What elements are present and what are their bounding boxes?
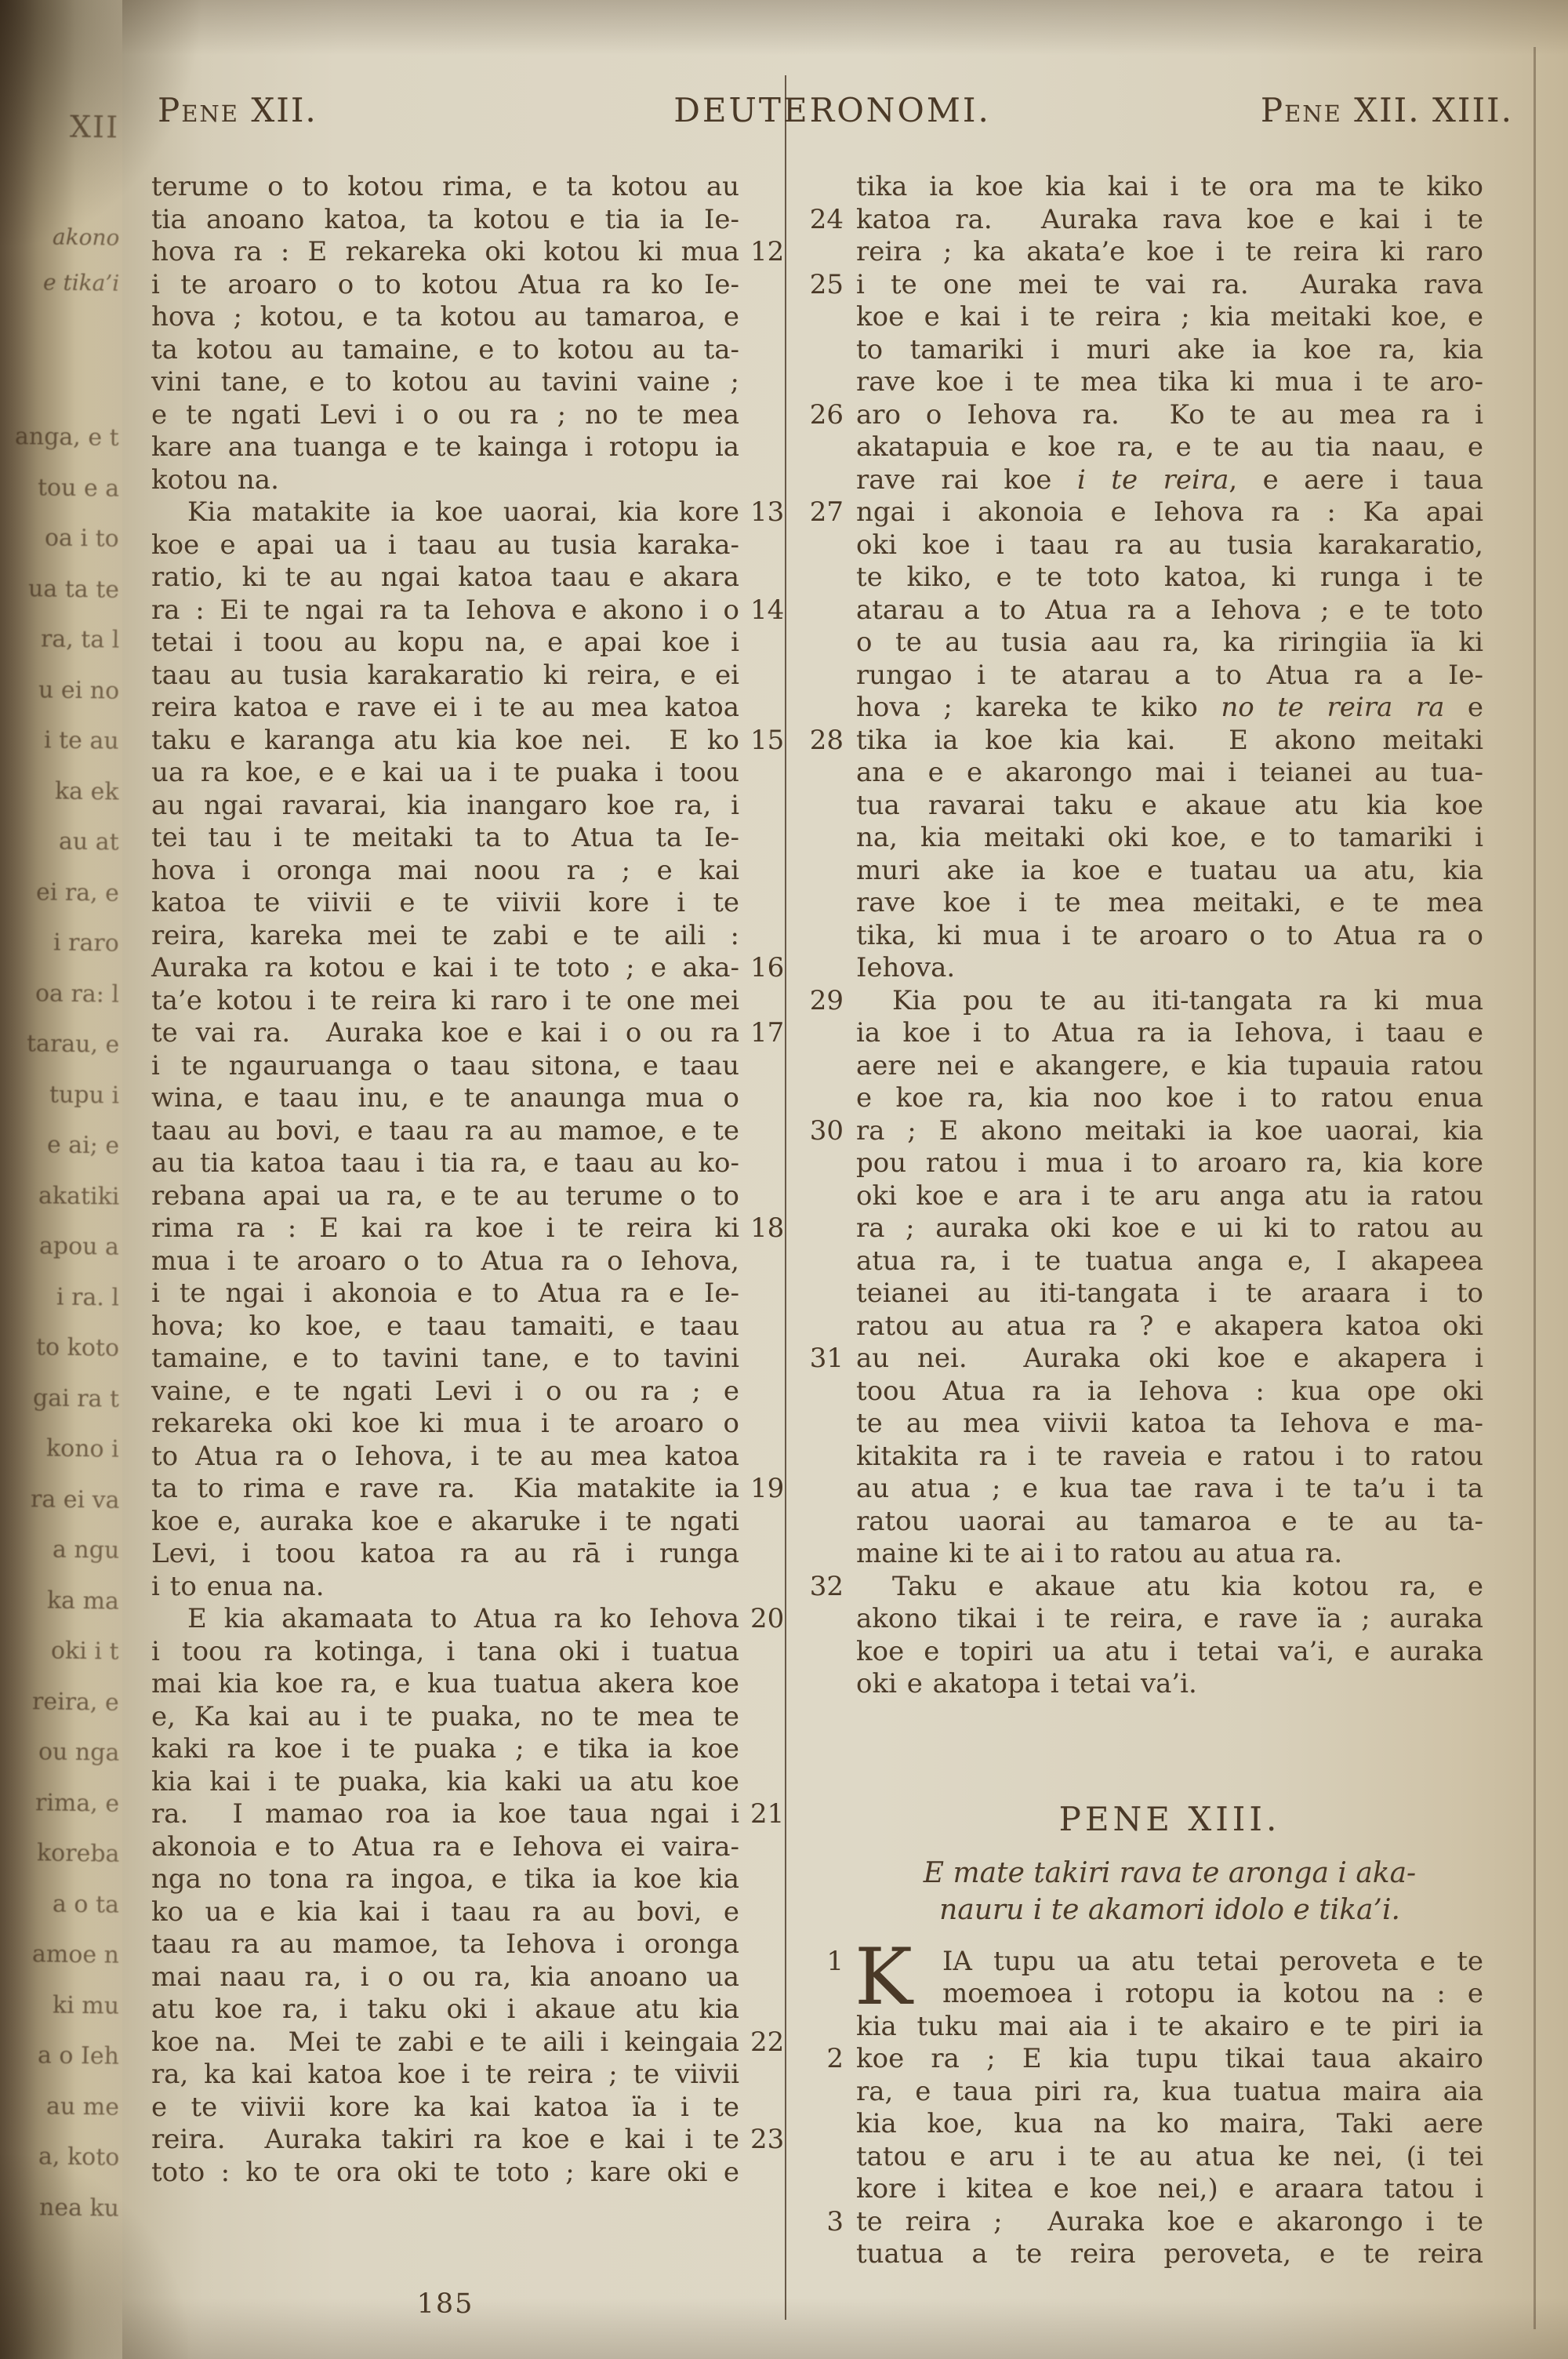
text-line: terume o to kotou rima, e ta kotou au: [151, 171, 739, 204]
verse-number: 15: [750, 725, 784, 758]
text-line: ratio, ki te au ngai katoa taau e akara: [151, 562, 739, 594]
text-line: au nei. Auraka oki koe e akapera i31: [856, 1343, 1483, 1376]
chapter-heading: PENE XIII.: [856, 1800, 1483, 1839]
text-line: rekareka oki koe ki mua i te aroaro o: [151, 1408, 739, 1441]
chapter-intro: E mate takiri rava te aronga i aka-nauru…: [856, 1855, 1483, 1928]
gutter-fragment: i te au: [44, 726, 119, 754]
text-line: oki koe i taau ra au tusia karakaratio,: [856, 529, 1483, 562]
chapter-intro-line: E mate takiri rava te aronga i aka-: [856, 1855, 1483, 1892]
text-line: Iehova.: [856, 952, 1483, 985]
gutter-fragment: reira, e: [32, 1688, 119, 1717]
text-line: mai kia koe ra, e kua tuatua akera koe: [151, 1668, 739, 1701]
text-line: IA tupu ua atu tetai peroveta e te1: [856, 1946, 1483, 1979]
text-line: ra, ka kai katoa koe i te reira ; te vii…: [151, 2059, 739, 2092]
text-line: ko ua e kia kai i taau ra au bovi, e: [151, 1896, 739, 1929]
text-line: au ngai ravarai, kia inangaro koe ra, i: [151, 790, 739, 823]
verse-number: 13: [750, 496, 784, 529]
verse-number: 2: [826, 2043, 844, 2076]
gutter-fragment: anga, e t: [15, 423, 119, 452]
text-line: i te one mei te vai ra. Auraka rava25: [856, 269, 1483, 302]
gutter-fragment: e tika’i: [43, 269, 120, 296]
text-line: taau au tusia karakaratio ki reira, e ei: [151, 660, 739, 692]
verse-number: 30: [810, 1115, 844, 1148]
text-line: ta’e kotou i te reira ki raro i te one m…: [151, 985, 739, 1018]
verse-number: 31: [810, 1343, 844, 1376]
text-line: taku e karanga atu kia koe nei. E ko15: [151, 725, 739, 758]
text-line: i to enua na.: [151, 1571, 739, 1604]
running-header: Pene XII. DEUTERONOMI. Pene XII. XIII.: [151, 91, 1513, 132]
verse-number: 32: [810, 1571, 844, 1604]
text-line: nga no tona ra ingoa, e tika ia koe kia: [151, 1863, 739, 1896]
gutter-fragment: akatiki: [38, 1182, 119, 1210]
left-text-column: terume o to kotou rima, e ta kotou autia…: [151, 171, 739, 2189]
text-line: kia tuku mai aia i te akairo e te piri i…: [856, 2011, 1483, 2044]
gutter-fragment: u ei no: [38, 676, 120, 704]
text-line: reira. Auraka takiri ra koe e kai i te23: [151, 2124, 739, 2157]
gutter-fragment: apou a: [39, 1232, 119, 1260]
gutter-fragment: tarau, e: [26, 1030, 119, 1059]
text-line: Auraka ra kotou e kai i te toto ; e aka-…: [151, 952, 739, 985]
text-line: koe e apai ua i taau au tusia karaka-: [151, 529, 739, 562]
text-line: kia kai i te puaka, kia kaki ua atu koe: [151, 1766, 739, 1799]
gutter-fragment: gai ra t: [33, 1384, 120, 1413]
chapter-intro-line: nauru i te akamori idolo e tika’i.: [856, 1892, 1483, 1928]
verse-number: 29: [810, 985, 844, 1018]
text-line: kaki ra koe i te puaka ; e tika ia koe: [151, 1733, 739, 1766]
text-line: ana e e akarongo mai i teianei au tua-: [856, 757, 1483, 790]
text-line: i toou ra kotinga, i tana oki i tuatua: [151, 1636, 739, 1669]
page-edge-line: [1534, 47, 1536, 2329]
text-line: maine ki te ai i to ratou au atua ra.: [856, 1538, 1483, 1571]
text-line: ra ; E akono meitaki ia koe uaorai, kia3…: [856, 1115, 1483, 1148]
text-line: mai naau ra, i o ou ra, kia anoano ua: [151, 1961, 739, 1994]
text-line: tika ia koe kia kai i te ora ma te kiko: [856, 171, 1483, 204]
text-line: vini tane, e to kotou au tavini vaine ;: [151, 366, 739, 399]
text-line: teianei au iti-tangata i te araara i to: [856, 1278, 1483, 1310]
text-line: mua i te aroaro o to Atua ra o Iehova,: [151, 1245, 739, 1278]
text-line: koe e kai i te reira ; kia meitaki koe, …: [856, 301, 1483, 334]
text-line: koe e topiri ua atu i tetai va’i, e aura…: [856, 1636, 1483, 1669]
text-line: oki e akatopa i tetai va’i.: [856, 1668, 1483, 1701]
text-line: ratou uaorai au tamaroa e te au ta-: [856, 1506, 1483, 1539]
verse-number: 21: [750, 1798, 784, 1831]
text-line: reira katoa e rave ei i te au mea katoa: [151, 692, 739, 725]
text-line: au atua ; e kua tae rava i te ta’u i ta: [856, 1473, 1483, 1506]
text-line: atu koe ra, i taku oki i akaue atu kia: [151, 1994, 739, 2026]
text-line: te vai ra. Auraka koe e kai i o ou ra17: [151, 1017, 739, 1050]
verse-number: 22: [750, 2026, 784, 2059]
text-line: Kia matakite ia koe uaorai, kia kore13: [151, 496, 739, 529]
gutter-fragment: i ra. l: [56, 1283, 120, 1311]
gutter-fragment: oki i t: [51, 1637, 119, 1665]
text-line: i te ngai i akonoia e to Atua ra e Ie-: [151, 1278, 739, 1310]
text-line: moemoea i rotopu ia kotou na : e: [856, 1978, 1483, 2011]
text-line: tamaine, e to tavini tane, e to tavini: [151, 1343, 739, 1376]
text-line: koe na. Mei te zabi e te aili i keingaia…: [151, 2026, 739, 2059]
text-line: taau au bovi, e taau ra au mamoe, e te: [151, 1115, 739, 1148]
gutter-fragment: a, koto: [38, 2143, 119, 2171]
gutter-fragment: to koto: [36, 1333, 119, 1361]
text-line: wina, e taau inu, e te anaunga mua o: [151, 1082, 739, 1115]
verse-number: 27: [810, 496, 844, 529]
text-line: kore i kitea e koe nei,) e araara tatou …: [856, 2173, 1483, 2206]
gutter-fragment: ki mu: [53, 1991, 120, 2019]
verse-number: 3: [826, 2206, 844, 2239]
book-gutter: XIIakonoe tika’ianga, e ttou e aoa i tou…: [0, 0, 122, 2359]
text-line: aro o Iehova ra. Ko te au mea ra i26: [856, 399, 1483, 432]
gutter-fragment: tupu i: [49, 1081, 120, 1109]
text-line: ia koe i to Atua ra ia Iehova, i taau e: [856, 1017, 1483, 1050]
text-line: kare ana tuanga e te kainga i rotopu ia: [151, 431, 739, 464]
text-line: atua ra, i te tuatua anga e, I akapeea: [856, 1245, 1483, 1278]
text-line: tatou e aru i te au atua ke nei, (i tei: [856, 2141, 1483, 2174]
text-line: Kia pou te au iti-tangata ra ki mua29: [856, 985, 1483, 1018]
text-line: ta kotou au tamaine, e to kotou au ta-: [151, 334, 739, 367]
text-line: ra ; auraka oki koe e ui ki to ratou au: [856, 1212, 1483, 1245]
verse-number: 26: [810, 399, 844, 432]
text-line: tika ia koe kia kai. E akono meitaki28: [856, 725, 1483, 758]
text-line: E kia akamaata to Atua ra ko Iehova20: [151, 1603, 739, 1636]
gutter-fragment: oa i to: [45, 524, 119, 552]
text-line: rave koe i te mea tika ki mua i te aro-: [856, 366, 1483, 399]
verse-number: 28: [810, 725, 844, 758]
text-line: hova; ko koe, e taau tamaiti, e taau: [151, 1310, 739, 1343]
text-line: Levi, i toou katoa ra au rā i runga: [151, 1538, 739, 1571]
text-line: toou Atua ra ia Iehova : kua ope oki: [856, 1376, 1483, 1408]
text-line: Taku e akaue atu kia kotou ra, e32: [856, 1571, 1483, 1604]
text-line: vaine, e te ngati Levi i o ou ra ; e: [151, 1376, 739, 1408]
text-line: rave rai koe i te reira, e aere i taua: [856, 464, 1483, 497]
text-line: te au mea viivii katoa ta Iehova e ma-: [856, 1408, 1483, 1441]
text-line: ta to rima e rave ra. Kia matakite ia19: [151, 1473, 739, 1506]
verse-number: 12: [750, 236, 784, 269]
text-line: tuatua a te reira peroveta, e te reira: [856, 2238, 1483, 2271]
verse-number: 14: [750, 594, 784, 627]
gutter-fragment: ka ek: [55, 777, 119, 805]
text-line: akonoia e to Atua ra e Iehova ei vaira-: [151, 1831, 739, 1864]
gutter-fragment: amoe n: [32, 1940, 119, 1969]
text-line: atarau a to Atua ra a Iehova ; e te toto: [856, 594, 1483, 627]
text-line: reira ; ka akata’e koe i te reira ki rar…: [856, 236, 1483, 269]
text-line: rima ra : E kai ra koe i te reira ki18: [151, 1212, 739, 1245]
text-line: e koe ra, kia noo koe i to ratou enua: [856, 1082, 1483, 1115]
text-line: kia koe, kua na ko maira, Taki aere: [856, 2108, 1483, 2141]
text-line: ua ra koe, e e kai ua i te puaka i toou: [151, 757, 739, 790]
text-line: i te aroaro o to kotou Atua ra ko Ie-: [151, 269, 739, 302]
text-line: ngai i akonoia e Iehova ra : Ka apai27: [856, 496, 1483, 529]
right-text-column: tika ia koe kia kai i te ora ma te kikok…: [856, 171, 1483, 2271]
text-line: katoa te viivii e te viivii kore i te: [151, 887, 739, 920]
gutter-fragment: e ai; e: [47, 1131, 120, 1159]
text-line: rungao i te atarau a to Atua ra a Ie-: [856, 660, 1483, 692]
text-line: ratou au atua ra ? e akapera katoa oki: [856, 1310, 1483, 1343]
text-line: i te ngauruanga o taau sitona, e taau: [151, 1050, 739, 1083]
text-line: rave koe i te mea meitaki, e te mea: [856, 887, 1483, 920]
gutter-fragment: ra, ta l: [40, 625, 119, 653]
gutter-fragment: ou nga: [38, 1738, 119, 1766]
text-line: koe ra ; E kia tupu tikai taua akairo2: [856, 2043, 1483, 2076]
text-line: to tamariki i muri ake ia koe ra, kia: [856, 334, 1483, 367]
gutter-fragment: rima, e: [35, 1789, 120, 1817]
text-line: tua ravarai taku e akaue atu kia koe: [856, 790, 1483, 823]
gutter-fragment: a o Ieh: [38, 2041, 119, 2070]
text-line: o te au tusia aau ra, ka riringiia ïa ki: [856, 627, 1483, 660]
verse-number: 18: [750, 1212, 784, 1245]
text-line: e, Ka kai au i te puaka, no te mea te: [151, 1701, 739, 1734]
text-line: to Atua ra o Iehova, i te au mea katoa: [151, 1441, 739, 1474]
gutter-fragment: XII: [70, 110, 120, 145]
text-line: te reira ; Auraka koe e akarongo i te3: [856, 2206, 1483, 2239]
verse-number: 1: [826, 1946, 844, 1979]
text-line: aere nei e akangere, e kia tupauia ratou: [856, 1050, 1483, 1083]
verse-number: 20: [750, 1603, 784, 1636]
gutter-fragment: i raro: [53, 929, 119, 957]
text-line: hova ra : E rekareka oki kotou ki mua12: [151, 236, 739, 269]
gutter-fragment: a o ta: [53, 1890, 119, 1918]
text-line: akono tikai i te reira, e rave ïa ; aura…: [856, 1603, 1483, 1636]
text-line: tia anoano katoa, ta kotou e tia ia Ie-: [151, 204, 739, 237]
gutter-fragment: ra ei va: [30, 1485, 119, 1514]
gutter-fragment: kono i: [46, 1434, 119, 1463]
text-line: taau ra au mamoe, ta Iehova i oronga: [151, 1928, 739, 1961]
text-line: kotou na.: [151, 464, 739, 497]
text-line: ra. I mamao roa ia koe taua ngai i21: [151, 1798, 739, 1831]
gutter-fragment: koreba: [36, 1839, 119, 1867]
gutter-fragment: nea ku: [39, 2194, 119, 2222]
gutter-fragment: ka ma: [47, 1587, 119, 1615]
verse-number: 23: [750, 2124, 784, 2157]
text-line: tetai i toou au kopu na, e apai koe i: [151, 627, 739, 660]
gutter-fragment: a ngu: [52, 1536, 119, 1564]
text-line: e te viivii kore ka kai katoa ïa i te: [151, 2092, 739, 2125]
right-column-body: tika ia koe kia kai i te ora ma te kikok…: [856, 171, 1483, 1701]
text-line: tika, ki mua i te aroaro o to Atua ra o: [856, 920, 1483, 953]
verse-number: 17: [750, 1017, 784, 1050]
text-line: pou ratou i mua i to aroaro ra, kia kore: [856, 1147, 1483, 1180]
text-line: oki koe e ara i te aru anga atu ia ratou: [856, 1180, 1483, 1213]
text-line: katoa ra. Auraka rava koe e kai i te24: [856, 204, 1483, 237]
text-line: kitakita ra i te raveia e ratou i to rat…: [856, 1441, 1483, 1474]
column-divider-rule: [785, 75, 786, 2320]
gutter-fragment: oa ra: l: [35, 980, 119, 1008]
verse-number: 25: [810, 269, 844, 302]
text-line: te kiko, e te toto katoa, ki runga i te: [856, 562, 1483, 594]
text-line: hova ; kareka te kiko no te reira ra e: [856, 692, 1483, 725]
text-line: akatapuia e koe ra, e te au tia naau, e: [856, 431, 1483, 464]
gutter-fragment: ua ta te: [28, 575, 120, 604]
text-line: tei tau i te meitaki ta to Atua ta Ie-: [151, 822, 739, 855]
text-line: hova ; kotou, e ta kotou au tamaroa, e: [151, 301, 739, 334]
page-number: 185: [151, 2288, 739, 2320]
text-line: muri ake ia koe e tuatau ua atu, kia: [856, 855, 1483, 888]
gutter-fragment: ei ra, e: [36, 878, 119, 907]
text-line: ra : Ei te ngai ra ta Iehova e akono i o…: [151, 594, 739, 627]
text-line: au tia katoa taau i tia ra, e taau au ko…: [151, 1147, 739, 1180]
gutter-fragment: au at: [59, 827, 119, 856]
book-scan-page: { "header": { "left": "Pene XII.", "cent…: [0, 0, 1568, 2359]
text-line: e te ngati Levi i o ou ra ; no te mea: [151, 399, 739, 432]
text-line: toto : ko te ora oki te toto ; kare oki …: [151, 2157, 739, 2190]
text-line: ra, e taua piri ra, kua tuatua maira aia: [856, 2076, 1483, 2109]
text-line: hova i oronga mai noou ra ; e kai: [151, 855, 739, 888]
text-line: koe e, auraka koe e akaruke i te ngati: [151, 1506, 739, 1539]
chapter-verse-block: K IA tupu ua atu tetai peroveta e te1moe…: [856, 1946, 1483, 2271]
gutter-fragment: tou e a: [38, 474, 120, 502]
gutter-fragment: akono: [52, 224, 119, 250]
verse-number: 24: [810, 204, 844, 237]
text-line: rebana apai ua ra, e te au terume o to: [151, 1180, 739, 1213]
gutter-fragment: au me: [46, 2092, 119, 2121]
header-chapter-right: Pene XII. XIII.: [1261, 91, 1513, 129]
verse-number: 19: [750, 1473, 784, 1506]
text-line: na, kia meitaki oki koe, e to tamariki i: [856, 822, 1483, 855]
verse-number: 16: [750, 952, 784, 985]
text-line: reira, kareka mei te zabi e te aili :: [151, 920, 739, 953]
